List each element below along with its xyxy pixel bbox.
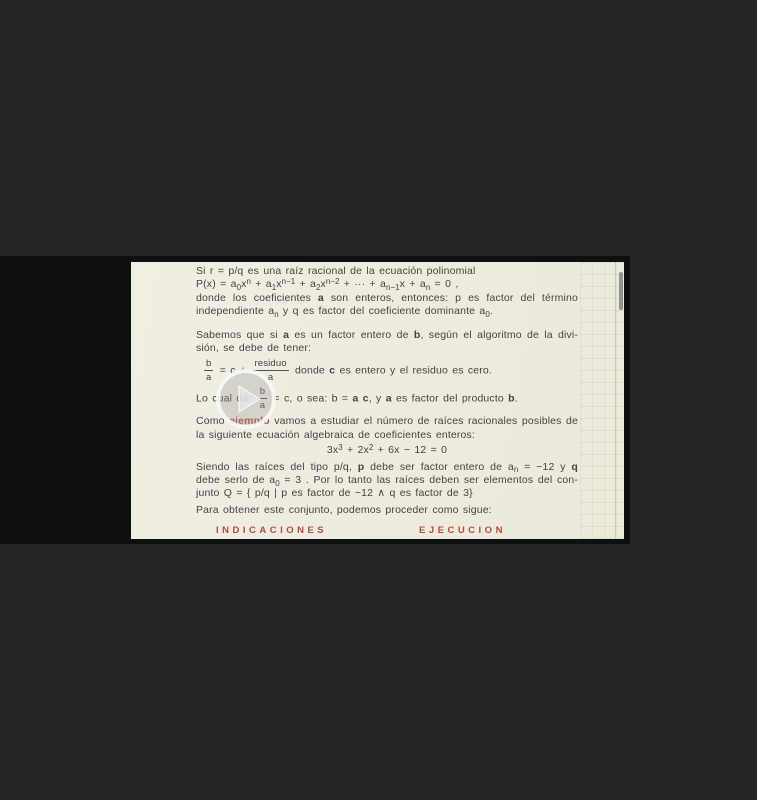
equation-cubic: 3x3 + 2x2 + 6x − 12 = 0 <box>196 444 578 457</box>
paragraph-1: Si r = p/q es una raíz racional de la ec… <box>196 265 578 319</box>
play-button[interactable] <box>216 369 276 429</box>
text-line: sión, se debe de tener: <box>196 342 578 355</box>
scanned-page: Si r = p/q es una raíz racional de la ec… <box>131 262 624 539</box>
paragraph-6: Para obtener este conjunto, podemos proc… <box>196 504 578 517</box>
app-background: { "colors": { "window_bg": "#252527", "v… <box>0 0 757 800</box>
scrollbar-thumb[interactable] <box>619 272 623 310</box>
paragraph-2: Sabemos que si a es un factor entero de … <box>196 329 578 356</box>
text-line: la siguiente ecuación algebraica de coef… <box>196 429 578 442</box>
set-definition: junto Q = { p/q | p es factor de −12 ∧ q… <box>196 487 578 500</box>
column-header-ejecucion: EJECUCION <box>419 525 506 536</box>
page-edge-line <box>615 262 616 539</box>
play-icon <box>220 373 272 425</box>
text-line: Si r = p/q es una raíz racional de la ec… <box>196 265 578 278</box>
video-player[interactable]: Si r = p/q es una raíz racional de la ec… <box>0 256 630 544</box>
graph-paper-margin <box>580 262 624 539</box>
text-line: Sabemos que si a es un factor entero de … <box>196 329 578 342</box>
text-line: Siendo las raíces del tipo p/q, p debe s… <box>196 461 578 474</box>
column-header-indicaciones: INDICACIONES <box>216 525 327 536</box>
text-line: donde los coeficientes a son enteros, en… <box>196 292 578 305</box>
text-line: debe serlo de a0 = 3 . Por lo tanto las … <box>196 474 578 487</box>
equation-polynomial: P(x) = a0xn + a1xn−1 + a2xn−2 + ··· + an… <box>196 278 578 291</box>
text-line: independiente an y q es factor del coefi… <box>196 305 578 318</box>
paragraph-5: Siendo las raíces del tipo p/q, p debe s… <box>196 461 578 501</box>
